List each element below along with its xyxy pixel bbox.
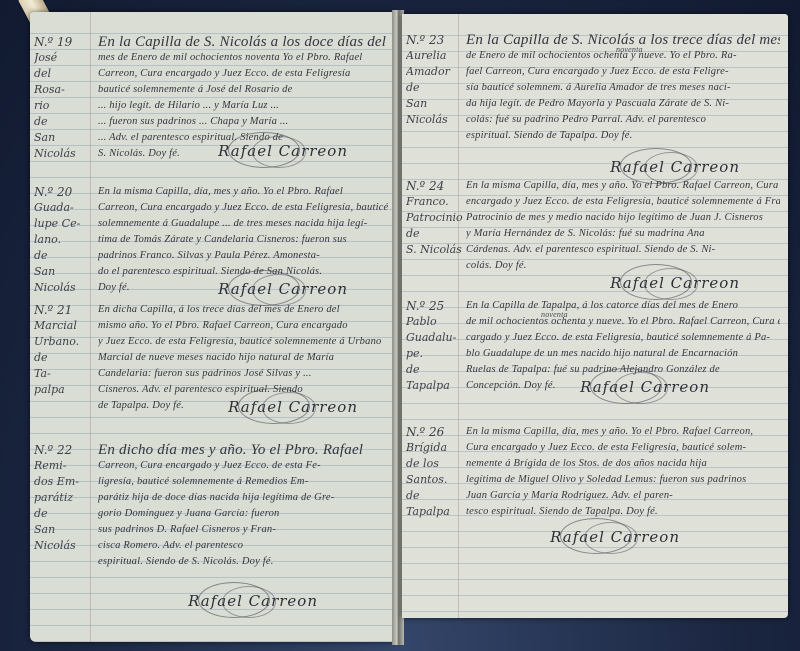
margin-name-line: Amador — [406, 64, 466, 80]
entry-line: En la misma Capilla, día, mes y año. Yo … — [466, 178, 780, 194]
entry-margin-names: N.º 26 Brígida de los Santos. de Tapalpa — [406, 424, 466, 520]
register-entry-25: N.º 25 Pablo Guadalu- pe. de Tapalpa nov… — [406, 298, 780, 408]
entry-line: sía bauticé solemnem. á Aurelia Amador d… — [466, 80, 780, 96]
entry-line: espiritual. Siendo de S. Nicolás. Doy fé… — [98, 554, 388, 570]
margin-name-line: de — [406, 226, 466, 242]
entry-line: cisca Romero. Adv. el parentesco — [98, 538, 388, 554]
margin-name-line: Tapalpa — [406, 378, 466, 394]
margin-name-line: Patrocinio — [406, 210, 466, 226]
register-entry-26: N.º 26 Brígida de los Santos. de Tapalpa… — [406, 424, 780, 544]
entry-line: ... fueron sus padrinos ... Chapa y Marí… — [98, 114, 388, 130]
margin-name-line: Pablo — [406, 314, 466, 330]
priest-signature: Rafael Carreon — [550, 528, 680, 546]
register-entry-21: N.º 21 Marcial Urbano. de Ta- palpa En d… — [34, 302, 388, 422]
entry-line: bauticé solemnemente á José del Rosario … — [98, 82, 388, 98]
entry-text: En dicho día mes y año. Yo el Pbro. Rafa… — [98, 442, 388, 570]
entry-line: En la Capilla de Tapalpa, á los catorce … — [466, 298, 780, 314]
entry-line: Carreon, Cura encargado y Juez Ecco. de … — [98, 458, 388, 474]
interlinear-correction: noventa — [541, 307, 568, 323]
entry-line: cargado y Juez Ecco. de esta Feligresía,… — [466, 330, 780, 346]
margin-name-line: José — [34, 50, 94, 66]
margin-name-line: de — [34, 350, 94, 366]
entry-line: tima de Tomás Zárate y Candelaria Cisner… — [98, 232, 388, 248]
priest-signature: Rafael Carreon — [188, 592, 318, 610]
margin-name-line: de los — [406, 456, 466, 472]
entry-line: nemente á Brígida de los Stos. de dos añ… — [466, 456, 780, 472]
entry-line: ... hijo legít. de Hilario ... y María L… — [98, 98, 388, 114]
entry-line: gorio Domínguez y Juana García: fueron — [98, 506, 388, 522]
margin-name-line: de — [34, 506, 94, 522]
entry-line: y Juez Ecco. de esta Feligresía, bauticé… — [98, 334, 388, 350]
entry-margin-names: N.º 19 José del Rosa- rio de San Nicolás — [34, 34, 94, 162]
register-entry-20: N.º 20 Guada- lupe Ce- lano. de San Nico… — [34, 184, 388, 296]
entry-number: N.º 24 — [406, 178, 466, 194]
margin-name-line: Aurelia — [406, 48, 466, 64]
entry-line: En la misma Capilla, día, mes y año. Yo … — [98, 184, 388, 200]
margin-name-line: lupe Ce- — [34, 216, 94, 232]
entry-margin-names: N.º 24 Franco. Patrocinio de S. Nicolás — [406, 178, 466, 258]
entry-text: En la misma Capilla, día, mes y año. Yo … — [466, 424, 780, 520]
entry-line: da hija legít. de Pedro Mayorla y Pascua… — [466, 96, 780, 112]
margin-name-line: rio — [34, 98, 94, 114]
entry-line: solemnemente á Guadalupe ... de tres mes… — [98, 216, 388, 232]
margin-name-line: San — [406, 96, 466, 112]
entry-line: En la Capilla de S. Nicolás a los doce d… — [98, 34, 388, 50]
margin-name-line: Rosa- — [34, 82, 94, 98]
entry-margin-names: N.º 21 Marcial Urbano. de Ta- palpa — [34, 302, 94, 398]
entry-text: noventa En la Capilla de S. Nicolás a lo… — [466, 32, 780, 144]
entry-line: Carreon, Cura encargado y Juez Ecco. de … — [98, 66, 388, 82]
entry-line: En la misma Capilla, día, mes y año. Yo … — [466, 424, 780, 440]
entry-line: fael Carreon, Cura encargado y Juez Ecco… — [466, 64, 780, 80]
entry-line: Juan García y María Rodríguez. Adv. el p… — [466, 488, 780, 504]
margin-name-line: San — [34, 522, 94, 538]
margin-name-line: de — [34, 248, 94, 264]
margin-name-line: Tapalpa — [406, 504, 466, 520]
margin-name-line: San — [34, 264, 94, 280]
margin-name-line: del — [34, 66, 94, 82]
entry-line: Candelaria: fueron sus padrinos José Sil… — [98, 366, 388, 382]
entry-line: Carreon, Cura encargado y Juez Ecco. de … — [98, 200, 388, 216]
margin-name-line: Nicolás — [406, 112, 466, 128]
interlinear-correction: noventa — [616, 42, 643, 58]
priest-signature: Rafael Carreon — [218, 280, 348, 298]
margin-name-line: de — [406, 80, 466, 96]
entry-line: de mil ochocientos ochenta y nueve. Yo e… — [466, 314, 780, 330]
margin-name-line: lano. — [34, 232, 94, 248]
priest-signature: Rafael Carreon — [228, 398, 358, 416]
entry-margin-names: N.º 23 Aurelia Amador de San Nicolás — [406, 32, 466, 128]
entry-line: mes de Enero de mil ochocientos noventa … — [98, 50, 388, 66]
entry-line: Cárdenas. Adv. el parentesco espiritual.… — [466, 242, 780, 258]
entry-line: espiritual. Siendo de Tapalpa. Doy fé. — [466, 128, 780, 144]
right-page: N.º 23 Aurelia Amador de San Nicolás nov… — [402, 14, 788, 618]
entry-number: N.º 23 — [406, 32, 466, 48]
entry-margin-names: N.º 20 Guada- lupe Ce- lano. de San Nico… — [34, 184, 94, 296]
entry-line: ligresía, bauticé solemnemente á Remedio… — [98, 474, 388, 490]
margin-name-line: de — [34, 114, 94, 130]
margin-name-line: Brígida — [406, 440, 466, 456]
register-entry-22: N.º 22 Remi- dos Em- parátiz de San Nico… — [34, 442, 388, 622]
margin-name-line: Nicolás — [34, 538, 94, 554]
margin-name-line: parátiz — [34, 490, 94, 506]
entry-number: N.º 26 — [406, 424, 466, 440]
margin-name-line: S. Nicolás — [406, 242, 466, 258]
margin-name-line: Nicolás — [34, 280, 94, 296]
entry-line: y María Hernández de S. Nicolás: fué su … — [466, 226, 780, 242]
margin-name-line: Urbano. — [34, 334, 94, 350]
entry-line: mismo año. Yo el Pbro. Rafael Carreon, C… — [98, 318, 388, 334]
margin-name-line: de — [406, 488, 466, 504]
entry-line: Cura encargado y Juez Ecco. de esta Feli… — [466, 440, 780, 456]
entry-number: N.º 22 — [34, 442, 94, 458]
register-entry-24: N.º 24 Franco. Patrocinio de S. Nicolás … — [406, 178, 780, 288]
entry-number: N.º 19 — [34, 34, 94, 50]
priest-signature: Rafael Carreon — [610, 274, 740, 292]
entry-line: padrinos Franco. Silvas y Paula Pérez. A… — [98, 248, 388, 264]
margin-name-line: Ta- — [34, 366, 94, 382]
entry-line: colás. Doy fé. — [466, 258, 780, 274]
margin-name-line: Marcial — [34, 318, 94, 334]
margin-name-line: Franco. — [406, 194, 466, 210]
margin-name-line: Guadalu- — [406, 330, 466, 346]
entry-margin-names: N.º 22 Remi- dos Em- parátiz de San Nico… — [34, 442, 94, 554]
margin-name-line: San — [34, 130, 94, 146]
margin-name-line: pe. — [406, 346, 466, 362]
entry-line: Marcial de nueve meses nacido hijo natur… — [98, 350, 388, 366]
entry-line: tesco espiritual. Siendo de Tapalpa. Doy… — [466, 504, 780, 520]
margin-name-line: dos Em- — [34, 474, 94, 490]
margin-name-line: Nicolás — [34, 146, 94, 162]
entry-line: colás: fué su padrino Pedro Parral. Adv.… — [466, 112, 780, 128]
entry-line: Patrocinio de mes y medio nacido hijo le… — [466, 210, 780, 226]
margin-name-line: Santos. — [406, 472, 466, 488]
entry-text: En la misma Capilla, día, mes y año. Yo … — [466, 178, 780, 274]
entry-line: blo Guadalupe de un mes nacido hijo natu… — [466, 346, 780, 362]
entry-line: sus padrinos D. Rafael Cisneros y Fran- — [98, 522, 388, 538]
left-page: N.º 19 José del Rosa- rio de San Nicolás… — [30, 12, 394, 642]
entry-line: En dicha Capilla, á los trece días del m… — [98, 302, 388, 318]
register-entry-23: N.º 23 Aurelia Amador de San Nicolás nov… — [406, 32, 780, 172]
register-entry-19: N.º 19 José del Rosa- rio de San Nicolás… — [34, 34, 388, 162]
margin-name-line: Guada- — [34, 200, 94, 216]
entry-line: En dicho día mes y año. Yo el Pbro. Rafa… — [98, 442, 388, 458]
entry-number: N.º 25 — [406, 298, 466, 314]
entry-line: encargado y Juez Ecco. de esta Feligresí… — [466, 194, 780, 210]
entry-line: parátiz hija de doce días nacida hija le… — [98, 490, 388, 506]
entry-number: N.º 20 — [34, 184, 94, 200]
margin-name-line: palpa — [34, 382, 94, 398]
entry-margin-names: N.º 25 Pablo Guadalu- pe. de Tapalpa — [406, 298, 466, 394]
entry-number: N.º 21 — [34, 302, 94, 318]
entry-line: legítima de Miguel Olivo y Soledad Lemus… — [466, 472, 780, 488]
margin-name-line: de — [406, 362, 466, 378]
priest-signature: Rafael Carreon — [610, 158, 740, 176]
priest-signature: Rafael Carreon — [580, 378, 710, 396]
margin-name-line: Remi- — [34, 458, 94, 474]
priest-signature: Rafael Carreon — [218, 142, 348, 160]
